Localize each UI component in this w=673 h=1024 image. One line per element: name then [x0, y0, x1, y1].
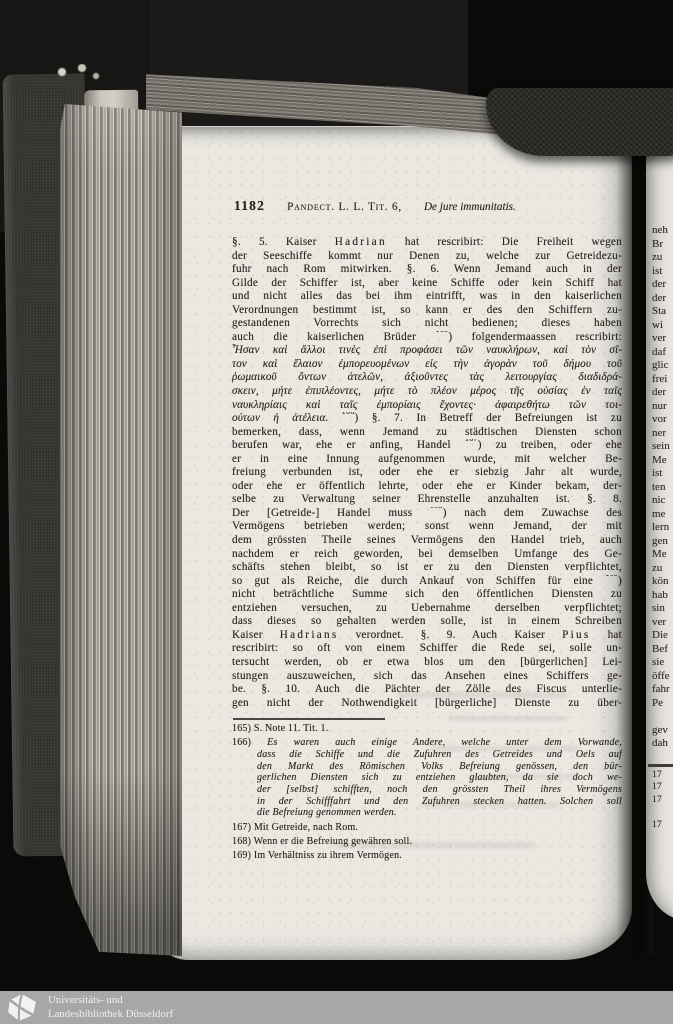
right-page-fragments: nehBrzuistderderStawiverdafglicfreidernu… — [652, 224, 670, 751]
right-page-fragment: ver — [652, 332, 670, 346]
right-page-fragment: me — [652, 508, 670, 522]
running-header: 1182 Pandect. L. L. Tit. 6, De jure immu… — [234, 198, 626, 214]
body-line: tersucht werden, ob er etwa blos um den … — [232, 656, 622, 670]
watermark-bar: Universitäts- und Landesbibliothek Düsse… — [0, 991, 673, 1024]
body-text: §. 5. Kaiser Hadrian hat rescribirt: Die… — [232, 236, 622, 710]
right-page-fragment: der — [652, 278, 670, 292]
body-line: gen nicht der Nothwendigkeit [bürgerlich… — [232, 697, 622, 711]
right-page-fragment: Me — [652, 548, 670, 562]
body-line: und nicht alles das bei ihm eintrifft, w… — [232, 290, 622, 304]
bleedthrough-smudge — [468, 774, 578, 779]
footnote-line: der [selbst] schifften, noch den grösste… — [232, 784, 622, 796]
right-page-fragment: Sta — [652, 305, 670, 319]
right-page-fragment: kön — [652, 575, 670, 589]
right-page-fragment: wi — [652, 319, 670, 333]
body-line: Der [Getreide-] Handel muss 168) nach de… — [232, 507, 622, 521]
bleedthrough-smudge — [430, 746, 580, 751]
body-line: stungen auszuweichen, sich das Ansehen e… — [232, 670, 622, 684]
bleedthrough-smudge — [398, 692, 568, 698]
body-line: gestandenen Vorrechts sich nicht bediene… — [232, 317, 622, 331]
body-line: schäfts stehen bleibt, so ist er zu den … — [232, 561, 622, 575]
page-stack-shading — [60, 104, 182, 956]
footnote-line: 167) Mit Getreide, nach Rom. — [232, 822, 622, 834]
body-line: dass dieses so gehalten werden solle, is… — [232, 615, 622, 629]
body-line: Ἦσαν καὶ ἄλλοι τινὲς ἐπὶ προφάσει τῶν να… — [232, 344, 622, 358]
right-page-fragment: gen — [652, 535, 670, 549]
book-cloth-drape — [486, 88, 673, 156]
body-line: entziehen versuchen, zu Uebernahme derse… — [232, 602, 622, 616]
right-page-fragment: zu — [652, 562, 670, 576]
body-line: §. 5. Kaiser Hadrian hat rescribirt: Die… — [232, 236, 622, 250]
right-page-footnote-fragment: 17 — [652, 819, 662, 831]
body-line: oder ehe er öffentlich lehrte, oder ehe … — [232, 480, 622, 494]
right-page-fragment: Br — [652, 238, 670, 252]
right-page-fragment: zu — [652, 251, 670, 265]
right-page-fragment: fahr — [652, 683, 670, 697]
right-page-fragment: neh — [652, 224, 670, 238]
body-line: der Seeschiffe kommt nur Denen zu, welch… — [232, 250, 622, 264]
body-line: ῥωμαικοῦ ὄντων ἀτελῶν, ἀξιοῦντες τὰς λει… — [232, 371, 622, 385]
body-line: Vermögens betrieben werden; sonst wenn J… — [232, 520, 622, 534]
right-page-fragment: Bef — [652, 643, 670, 657]
body-line: Gilde der Schiffer ist, aber keine Schif… — [232, 277, 622, 291]
right-page-fragment: Die — [652, 629, 670, 643]
body-line: Verordnungen bestimmt ist, so kann er de… — [232, 304, 622, 318]
right-page-fragment: ner — [652, 427, 670, 441]
page-number: 1182 — [234, 198, 265, 214]
body-line: rescribirt: so oft von einem Schiffer di… — [232, 642, 622, 656]
ulb-gem-logo-icon — [5, 993, 39, 1022]
body-line: berufen war, ehe er anfing, Handel 167) … — [232, 439, 622, 453]
body-line: nachdem er reich geworden, bei demselben… — [232, 548, 622, 562]
footnotes: 165) S. Note 11. Tit. 1.166) Es waren au… — [232, 723, 622, 862]
body-line: er in eine Innung aufgenommen wurde, mit… — [232, 453, 622, 467]
right-page-fragment: Me — [652, 454, 670, 468]
right-page-fragment: frei — [652, 373, 670, 387]
body-line: auch die kaiserlichen Brüder 165) folgen… — [232, 331, 622, 345]
watermark-line2: Landesbibliothek Düsseldorf — [48, 1008, 173, 1022]
right-page-fragment: der — [652, 386, 670, 400]
body-line: selbe zu Verwaltung seiner Ehrenstelle a… — [232, 493, 622, 507]
footnote-line: 169) Im Verhältniss zu ihrem Vermögen. — [232, 850, 622, 862]
right-page-footnote-fragment: 17 — [652, 769, 662, 781]
right-page-footnote-fragment: 17 — [652, 794, 662, 806]
right-page-fragment: sein — [652, 440, 670, 454]
body-line: Kaiser Hadrians verordnet. §. 9. Auch Ka… — [232, 629, 622, 643]
body-line: so gut als Reiche, die durch Ankauf von … — [232, 575, 622, 589]
right-page-fragment: sie — [652, 656, 670, 670]
body-line: dem grössten Theile seines Vermögens den… — [232, 534, 622, 548]
body-line: bemerken, dass, wenn Jemand zu städtisch… — [232, 426, 622, 440]
right-page-fragment: daf — [652, 346, 670, 360]
footnote-line: 165) S. Note 11. Tit. 1. — [232, 723, 622, 735]
right-page-fragment: glic — [652, 359, 670, 373]
right-page-fragment: öffe — [652, 670, 670, 684]
right-page-fragment: vor — [652, 413, 670, 427]
header-subtitle: De jure immunitatis. — [424, 201, 516, 213]
footnote-line: den Markt des Römischen Volks Befreiung … — [232, 761, 622, 773]
bleedthrough-smudge — [420, 802, 560, 807]
body-line: ούτων ἡ ἀτέλεια. 166) §. 7. In Betreff d… — [232, 412, 622, 426]
right-page-fragment: ist — [652, 265, 670, 279]
right-page-fragment: ten — [652, 481, 670, 495]
body-line: σκειν, μήτε ἐπιπλέοντες, μήτε τὸ πλέον μ… — [232, 385, 622, 399]
right-page-footnote-rule — [648, 764, 673, 767]
right-page-fragment: lern — [652, 521, 670, 535]
right-page-fragment: nur — [652, 400, 670, 414]
left-page: 1182 Pandect. L. L. Tit. 6, De jure immu… — [148, 126, 632, 960]
right-page-footnote-fragments: 17171717 — [652, 769, 662, 831]
right-page-fragment: dah — [652, 737, 670, 751]
right-page-fragment: Pe — [652, 697, 670, 711]
watermark-line1: Universitäts- und — [48, 994, 173, 1008]
body-line: τον καὶ ἔλαιον ἐμπορευομένων εἰς τὴν ἀγο… — [232, 358, 622, 372]
bleedthrough-smudge — [448, 716, 568, 721]
footnote-line: die Befreiung genommen werden. — [232, 807, 622, 819]
body-line: fuhr nach Rom mitwirken. §. 6. Wenn Jema… — [232, 263, 622, 277]
right-page-footnote-fragment: 17 — [652, 781, 662, 793]
right-page-fragment: ist — [652, 467, 670, 481]
header-title: Pandect. L. L. Tit. 6, — [287, 201, 402, 213]
footnote-rule — [233, 718, 385, 720]
right-page-fragment: hab — [652, 589, 670, 603]
right-page-fragment: nic — [652, 494, 670, 508]
bleedthrough-smudge — [334, 842, 534, 848]
right-page-fragment — [652, 710, 670, 724]
body-line: nicht beträchtliche Summe sich den öffen… — [232, 588, 622, 602]
book-photo-stage: 1182 Pandect. L. L. Tit. 6, De jure immu… — [0, 0, 673, 1024]
right-page-fragment: gev — [652, 724, 670, 738]
body-line: ναυκληρίαις καὶ ταῖς ἐμπορίαις ἔχοντες· … — [232, 399, 622, 413]
watermark-text: Universitäts- und Landesbibliothek Düsse… — [48, 994, 173, 1021]
body-line: freiung verbunden ist, oder ehe er siebz… — [232, 466, 622, 480]
right-page-fragment: der — [652, 292, 670, 306]
right-page-fragment: ver — [652, 616, 670, 630]
right-page-fragment: sin — [652, 602, 670, 616]
right-page-footnote-fragment — [652, 806, 662, 818]
